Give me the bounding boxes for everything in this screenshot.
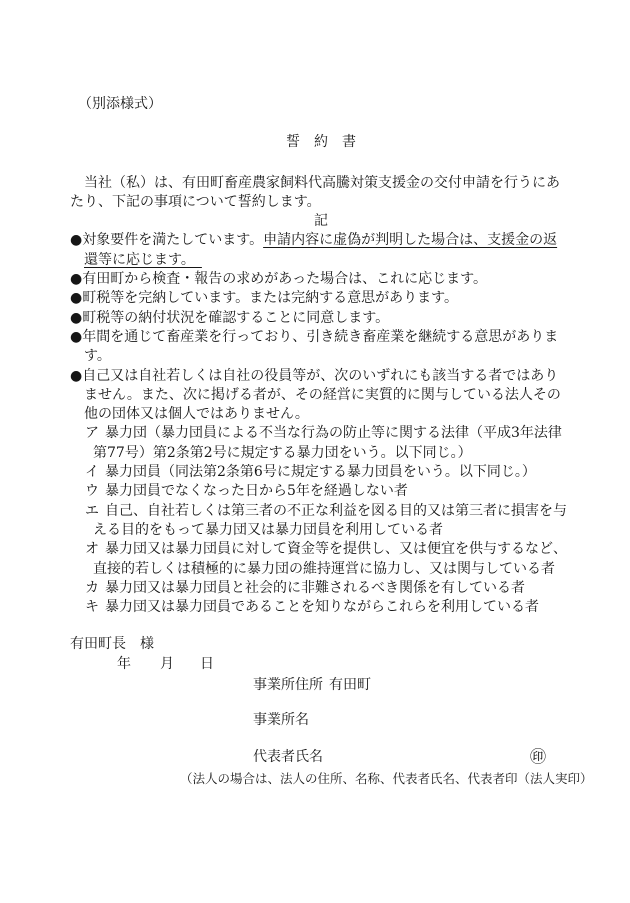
sub-item-イ: イ暴力団員（同法第2条第6号に規定する暴力団員をいう。以下同じ。） xyxy=(70,463,572,482)
sub-item-ウ: ウ暴力団員でなくなった日から5年を経過しない者 xyxy=(70,482,572,501)
bullet-marker: ● xyxy=(70,329,82,345)
office-name-row: 事業所名 xyxy=(70,711,572,730)
sub-item-label: ウ xyxy=(85,482,105,501)
bullet-marker: ● xyxy=(70,310,82,326)
date-line: 年月日 xyxy=(70,655,572,674)
sub-item-text: 暴力団員でなくなった日から5年を経過しない者 xyxy=(105,483,408,499)
bullet-line: ●対象要件を満たしています。申請内容に虚偽が判明した場合は、支援金の返 xyxy=(70,231,572,250)
pledge-bullets: ●対象要件を満たしています。申請内容に虚偽が判明した場合は、支援金の返還等に応じ… xyxy=(70,231,572,424)
bullet-continuation-line: す。 xyxy=(70,347,572,366)
bullet-text: ません。また、次に掲げる者が、その経営に実質的に関与している法人その xyxy=(84,387,561,403)
sub-item-text: 暴力団又は暴力団員と社会的に非難されるべき関係を有している者 xyxy=(105,580,525,596)
sub-item-text: 暴力団又は暴力団員に対して資金等を提供し、又は便宜を供与するなど、 xyxy=(105,541,567,557)
bullet-text: 自己又は自社若しくは自社の役員等が、次のいずれにも該当する者ではあり xyxy=(82,368,558,384)
bullet-text: 他の団体又は個人ではありません。 xyxy=(84,406,309,422)
document-title: 誓 約 書 xyxy=(70,133,572,152)
bullet-marker: ● xyxy=(70,232,82,248)
sub-item-ア: ア暴力団（暴力団員による不当な行為の防止等に関する法律（平成3年法律 xyxy=(70,424,572,443)
violence-exclusion-items: ア暴力団（暴力団員による不当な行為の防止等に関する法律（平成3年法律第77号）第… xyxy=(70,424,572,617)
sub-item-label: イ xyxy=(85,463,105,482)
sub-item-label: エ xyxy=(85,502,105,521)
date-month-label: 月 xyxy=(160,656,174,672)
intro-line: 当社（私）は、有田町畜産農家飼料代高騰対策支援金の交付申請を行うにあ xyxy=(70,174,572,193)
bullet-line: ●有田町から検査・報告の求めがあった場合は、これに応じます。 xyxy=(70,270,572,289)
pledge-document-page: （別添様式） 誓 約 書 当社（私）は、有田町畜産農家飼料代高騰対策支援金の交付… xyxy=(0,0,630,903)
bullet-line: ●年間を通じて畜産業を行っており、引き続き畜産業を継続する意思がありま xyxy=(70,328,572,347)
bullet-continuation-line: 他の団体又は個人ではありません。 xyxy=(70,405,572,424)
office-address-label: 事業所住所 xyxy=(253,677,323,693)
record-heading: 記 xyxy=(70,212,572,231)
bullet-line: ●町税等の納付状況を確認することに同意します。 xyxy=(70,309,572,328)
attachment-format-note: （別添様式） xyxy=(70,95,572,114)
bullet-continuation-line: ません。また、次に掲げる者が、その経営に実質的に関与している法人その xyxy=(70,386,572,405)
underlined-text: 申請内容に虚偽が判明した場合は、支援金の返 xyxy=(263,232,557,248)
sub-item-continuation-line: える目的をもって暴力団又は暴力団員を利用している者 xyxy=(70,521,572,540)
sub-item-label: キ xyxy=(85,598,105,617)
office-address-value: 有田町 xyxy=(329,677,371,693)
bullet-text: 対象要件を満たしています。 xyxy=(82,232,263,248)
bullet-text: 町税等を完納しています。または完納する意思があります。 xyxy=(82,290,458,306)
sub-item-text: 暴力団（暴力団員による不当な行為の防止等に関する法律（平成3年法律 xyxy=(105,425,562,441)
date-day-label: 日 xyxy=(200,656,214,672)
underlined-text: 還等に応じます。 xyxy=(84,252,202,268)
sub-item-text: 暴力団員（同法第2条第6号に規定する暴力団員をいう。以下同じ。） xyxy=(105,464,536,480)
sub-item-label: カ xyxy=(85,579,105,598)
sub-item-text: 第77号）第2条第2号に規定する暴力団をいう。以下同じ。） xyxy=(93,445,472,461)
sub-item-カ: カ暴力団又は暴力団員と社会的に非難されるべき関係を有している者 xyxy=(70,579,572,598)
bullet-marker: ● xyxy=(70,290,82,306)
bullet-text: 年間を通じて畜産業を行っており、引き続き畜産業を継続する意思がありま xyxy=(82,329,558,345)
sub-item-エ: エ自己、自社若しくは第三者の不正な利益を図る目的又は第三者に損害を与 xyxy=(70,502,572,521)
office-address-row: 事業所住所有田町 xyxy=(70,676,572,695)
bullet-text: す。 xyxy=(84,348,111,364)
representative-row: 代表者氏名 ㊞ xyxy=(70,748,572,767)
corporate-footnote: （法人の場合は、法人の住所、名称、代表者氏名、代表者印（法人実印） xyxy=(70,770,572,787)
sub-item-label: オ xyxy=(85,540,105,559)
bullet-marker: ● xyxy=(70,271,82,287)
bullet-line: ●自己又は自社若しくは自社の役員等が、次のいずれにも該当する者ではあり xyxy=(70,367,572,386)
sub-item-text: 直接的若しくは積極的に暴力団の維持運営に協力し、又は関与している者 xyxy=(93,561,555,577)
bullet-continuation-line: 還等に応じます。 xyxy=(70,251,572,270)
sub-item-label: ア xyxy=(85,424,105,443)
sub-item-text: える目的をもって暴力団又は暴力団員を利用している者 xyxy=(93,522,443,538)
sub-item-text: 暴力団又は暴力団員であることを知りながらこれらを利用している者 xyxy=(105,599,539,615)
sub-item-continuation-line: 直接的若しくは積極的に暴力団の維持運営に協力し、又は関与している者 xyxy=(70,560,572,579)
seal-mark-icon: ㊞ xyxy=(530,747,546,766)
sub-item-オ: オ暴力団又は暴力団員に対して資金等を提供し、又は便宜を供与するなど、 xyxy=(70,540,572,559)
bullet-marker: ● xyxy=(70,368,82,384)
bullet-text: 町税等の納付状況を確認することに同意します。 xyxy=(82,310,389,326)
bullet-text: 有田町から検査・報告の求めがあった場合は、これに応じます。 xyxy=(82,271,487,287)
date-year-label: 年 xyxy=(117,656,131,672)
representative-name-label: 代表者氏名 xyxy=(253,749,323,765)
office-name-label: 事業所名 xyxy=(253,712,309,728)
addressee-line: 有田町長 様 xyxy=(70,635,572,654)
sub-item-continuation-line: 第77号）第2条第2号に規定する暴力団をいう。以下同じ。） xyxy=(70,444,572,463)
sub-item-キ: キ暴力団又は暴力団員であることを知りながらこれらを利用している者 xyxy=(70,598,572,617)
intro-paragraph: 当社（私）は、有田町畜産農家飼料代高騰対策支援金の交付申請を行うにあ たり、下記… xyxy=(70,174,572,213)
bullet-line: ●町税等を完納しています。または完納する意思があります。 xyxy=(70,289,572,308)
sub-item-text: 自己、自社若しくは第三者の不正な利益を図る目的又は第三者に損害を与 xyxy=(105,503,567,519)
intro-line: たり、下記の事項について誓約します。 xyxy=(70,193,572,212)
